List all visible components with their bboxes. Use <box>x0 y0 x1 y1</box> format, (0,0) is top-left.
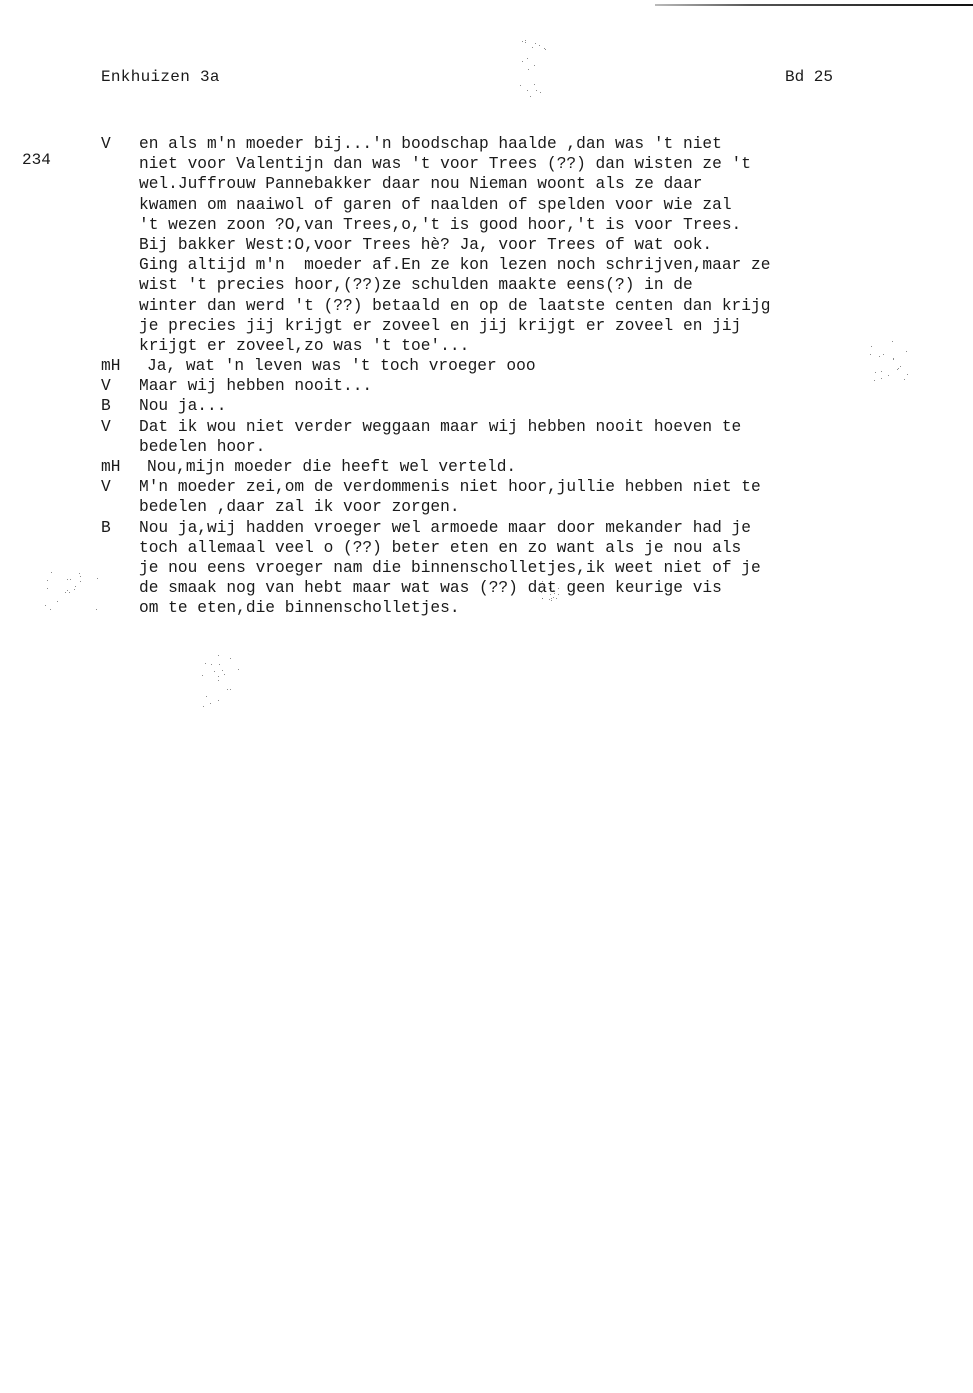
transcript-line: niet voor Valentijn dan was 't voor Tree… <box>0 154 973 174</box>
transcript-line: VM'n moeder zei,om de verdommenis niet h… <box>0 477 973 497</box>
document-header-location: Enkhuizen 3a <box>101 68 220 86</box>
transcript-body: Ven als m'n moeder bij...'n boodschap ha… <box>0 134 973 619</box>
utterance-text: wel.Juffrouw Pannebakker daar nou Nieman… <box>139 174 702 194</box>
utterance-text: bedelen hoor. <box>139 437 265 457</box>
transcript-line: krijgt er zoveel,zo was 't toe'... <box>0 336 973 356</box>
utterance-text: Nou ja,wij hadden vroeger wel armoede ma… <box>139 518 751 538</box>
utterance-text: om te eten,die binnenscholletjes. <box>139 598 460 618</box>
utterance-text: Bij bakker West:O,voor Trees hè? Ja, voo… <box>139 235 712 255</box>
speaker-label: mH <box>101 457 120 477</box>
transcript-line: je precies jij krijgt er zoveel en jij k… <box>0 316 973 336</box>
utterance-text: krijgt er zoveel,zo was 't toe'... <box>139 336 469 356</box>
transcript-line: bedelen ,daar zal ik voor zorgen. <box>0 497 973 517</box>
transcript-line: winter dan werd 't (??) betaald en op de… <box>0 296 973 316</box>
speaker-label: B <box>101 396 111 416</box>
transcript-line: VMaar wij hebben nooit... <box>0 376 973 396</box>
transcript-line: bedelen hoor. <box>0 437 973 457</box>
transcript-line: om te eten,die binnenscholletjes. <box>0 598 973 618</box>
transcript-line: 't wezen zoon ?O,van Trees,o,'t is good … <box>0 215 973 235</box>
transcript-line: Bij bakker West:O,voor Trees hè? Ja, voo… <box>0 235 973 255</box>
transcript-line: BNou ja... <box>0 396 973 416</box>
transcript-line: wel.Juffrouw Pannebakker daar nou Nieman… <box>0 174 973 194</box>
transcript-line: Ging altijd m'n moeder af.En ze kon leze… <box>0 255 973 275</box>
transcript-line: mHNou,mijn moeder die heeft wel verteld. <box>0 457 973 477</box>
speaker-label: mH <box>101 356 120 376</box>
transcript-line: toch allemaal veel o (??) beter eten en … <box>0 538 973 558</box>
speaker-label: V <box>101 477 111 497</box>
utterance-text: je precies jij krijgt er zoveel en jij k… <box>139 316 741 336</box>
utterance-text: niet voor Valentijn dan was 't voor Tree… <box>139 154 751 174</box>
utterance-text: Maar wij hebben nooit... <box>139 376 372 396</box>
transcript-line: de smaak nog van hebt maar wat was (??) … <box>0 578 973 598</box>
utterance-text: Ja, wat 'n leven was 't toch vroeger ooo <box>147 356 536 376</box>
transcript-line: Ven als m'n moeder bij...'n boodschap ha… <box>0 134 973 154</box>
utterance-text: toch allemaal veel o (??) beter eten en … <box>139 538 741 558</box>
utterance-text: bedelen ,daar zal ik voor zorgen. <box>139 497 460 517</box>
speaker-label: B <box>101 518 111 538</box>
utterance-text: 't wezen zoon ?O,van Trees,o,'t is good … <box>139 215 741 235</box>
utterance-text: wist 't precies hoor,(??)ze schulden maa… <box>139 275 693 295</box>
utterance-text: je nou eens vroeger nam die binnenscholl… <box>139 558 761 578</box>
page-top-edge-rule <box>655 4 973 6</box>
transcript-line: VDat ik wou niet verder weggaan maar wij… <box>0 417 973 437</box>
utterance-text: de smaak nog van hebt maar wat was (??) … <box>139 578 722 598</box>
speaker-label: V <box>101 134 111 154</box>
transcript-line: je nou eens vroeger nam die binnenscholl… <box>0 558 973 578</box>
transcript-line: wist 't precies hoor,(??)ze schulden maa… <box>0 275 973 295</box>
speaker-label: V <box>101 417 111 437</box>
utterance-text: kwamen om naaiwol of garen of naalden of… <box>139 195 732 215</box>
document-header-page-ref: Bd 25 <box>785 68 833 86</box>
utterance-text: Nou ja... <box>139 396 226 416</box>
utterance-text: en als m'n moeder bij...'n boodschap haa… <box>139 134 722 154</box>
transcript-line: BNou ja,wij hadden vroeger wel armoede m… <box>0 518 973 538</box>
transcript-line: mHJa, wat 'n leven was 't toch vroeger o… <box>0 356 973 376</box>
speaker-label: V <box>101 376 111 396</box>
utterance-text: Dat ik wou niet verder weggaan maar wij … <box>139 417 741 437</box>
utterance-text: Ging altijd m'n moeder af.En ze kon leze… <box>139 255 770 275</box>
utterance-text: M'n moeder zei,om de verdommenis niet ho… <box>139 477 761 497</box>
utterance-text: winter dan werd 't (??) betaald en op de… <box>139 296 770 316</box>
transcript-line: kwamen om naaiwol of garen of naalden of… <box>0 195 973 215</box>
utterance-text: Nou,mijn moeder die heeft wel verteld. <box>147 457 516 477</box>
